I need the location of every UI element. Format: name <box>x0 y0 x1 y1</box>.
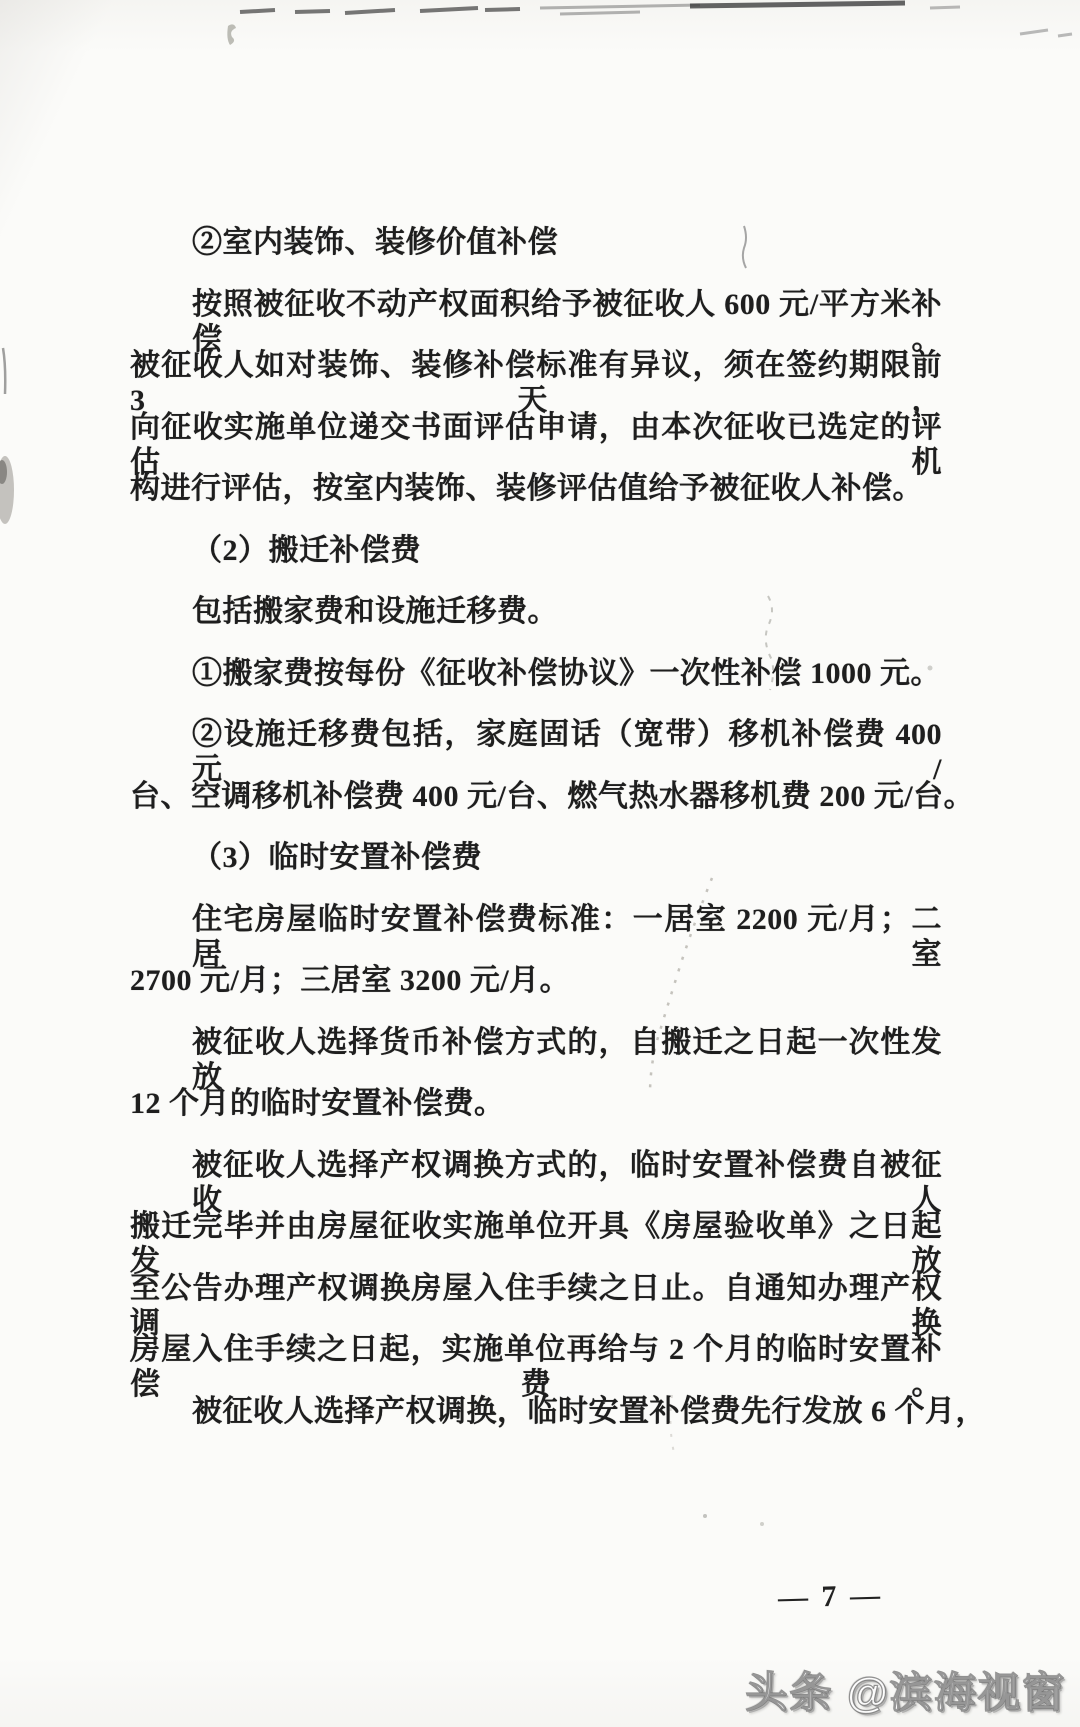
text-line: 搬迁完毕并由房屋征收实施单位开具《房屋验收单》之日起发放 <box>130 1210 942 1279</box>
text-line: ②设施迁移费包括，家庭固话（宽带）移机补偿费 400 元/ <box>130 718 942 787</box>
text-line: 12 个月的临时安置补偿费。 <box>130 1087 942 1122</box>
text-line: 包括搬家费和设施迁移费。 <box>130 595 942 630</box>
text-line: 至公告办理产权调换房屋入住手续之日止。自通知办理产权调换 <box>130 1272 942 1341</box>
toutiao-watermark: 头条 @滨海视窗 <box>745 1660 1066 1720</box>
text-line: 向征收实施单位递交书面评估申请，由本次征收已选定的评估机 <box>130 411 942 480</box>
text-line: 构进行评估，按室内装饰、装修评估值给予被征收人补偿。 <box>130 472 942 507</box>
text-line: 台、空调移机补偿费 400 元/台、燃气热水器移机费 200 元/台。 <box>130 780 942 815</box>
text-line: 被征收人如对装饰、装修补偿标准有异议，须在签约期限前 3 天， <box>130 349 942 418</box>
scanned-document-page: ②室内装饰、装修价值补偿 按照被征收不动产权面积给予被征收人 600 元/平方米… <box>0 0 1080 1727</box>
text-line: 房屋入住手续之日起，实施单位再给与 2 个月的临时安置补偿费。 <box>130 1333 942 1402</box>
text-line: 被征收人选择货币补偿方式的，自搬迁之日起一次性发放 <box>130 1026 942 1095</box>
text-line: 被征收人选择产权调换方式的，临时安置补偿费自被征收人 <box>130 1149 942 1218</box>
text-line: 被征收人选择产权调换，临时安置补偿费先行发放 6 个月， <box>130 1395 942 1430</box>
text-line: （3）临时安置补偿费 <box>130 841 942 876</box>
page-number: — 7 — <box>778 1579 884 1616</box>
text-line: （2）搬迁补偿费 <box>130 534 942 569</box>
text-line: ①搬家费按每份《征收补偿协议》一次性补偿 1000 元。 <box>130 657 942 692</box>
document-text-column: ②室内装饰、装修价值补偿 按照被征收不动产权面积给予被征收人 600 元/平方米… <box>130 0 942 1727</box>
text-line: 按照被征收不动产权面积给予被征收人 600 元/平方米补偿。 <box>130 288 942 357</box>
text-line: 住宅房屋临时安置补偿费标准：一居室 2200 元/月；二居室 <box>130 903 942 972</box>
text-line: 2700 元/月；三居室 3200 元/月。 <box>130 964 942 999</box>
text-line: ②室内装饰、装修价值补偿 <box>130 226 942 261</box>
